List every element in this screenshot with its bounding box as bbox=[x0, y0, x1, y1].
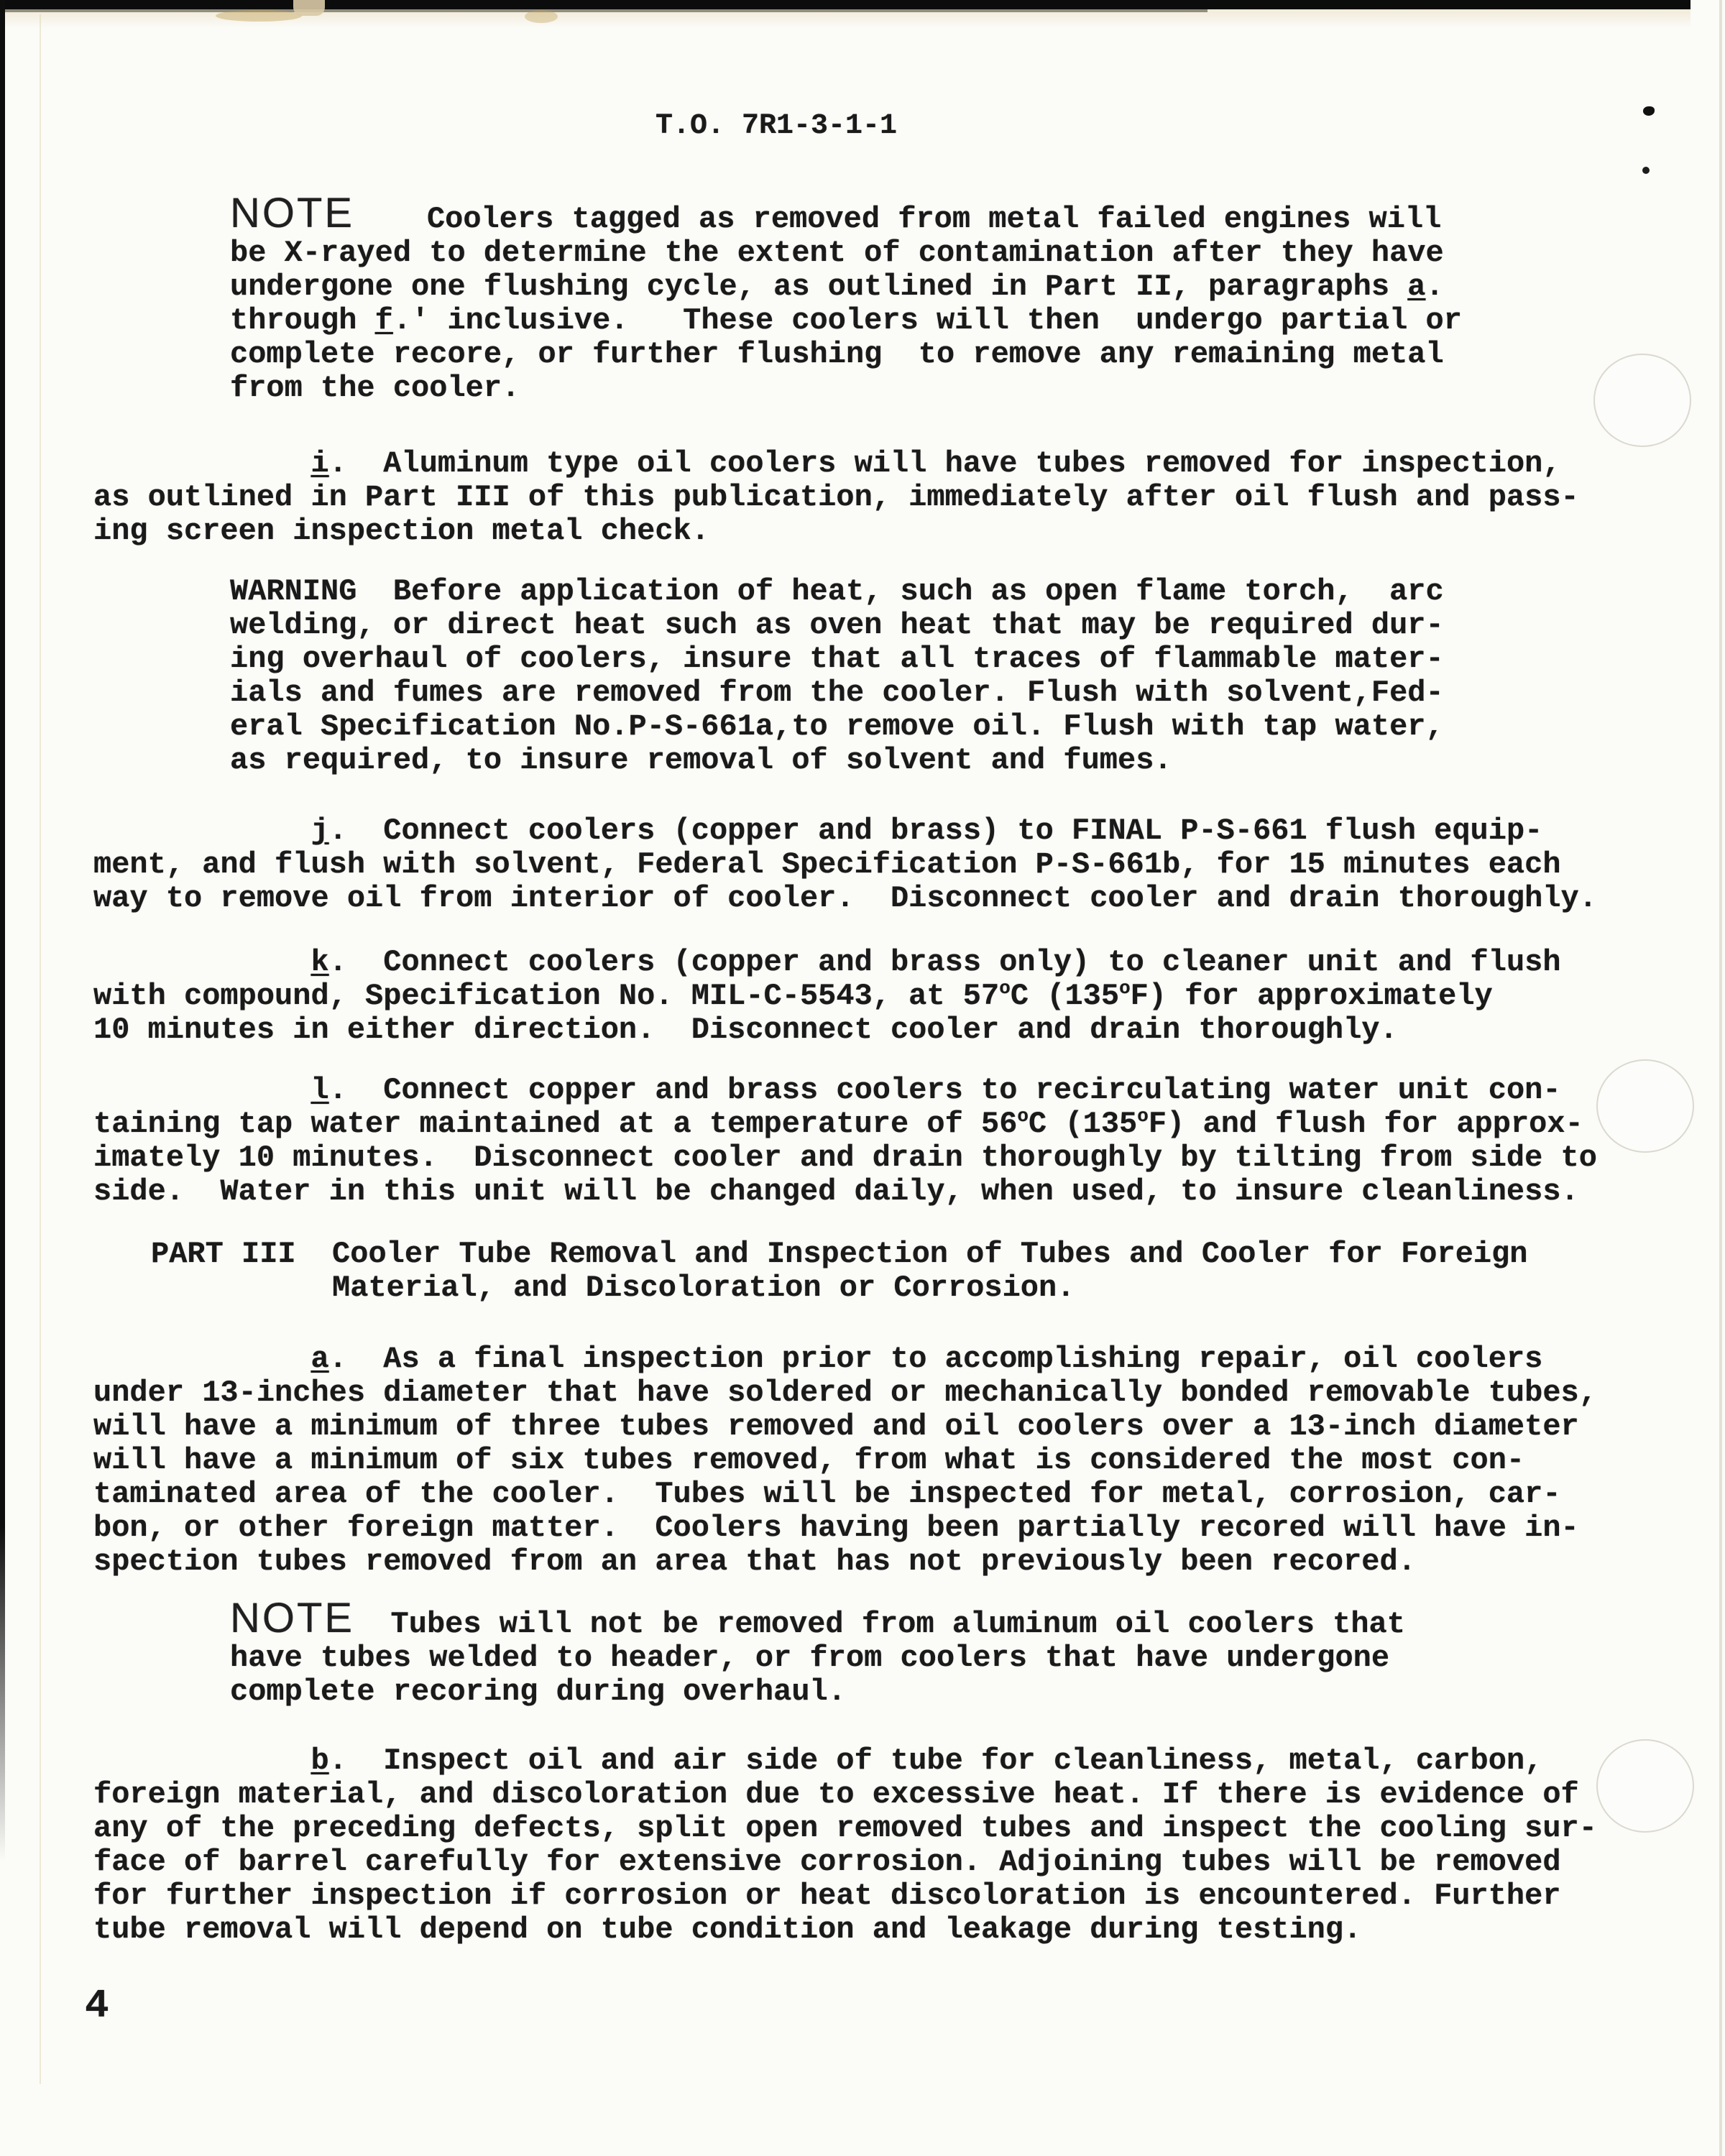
note-block-2: NOTE Tubes will not be removed from alum… bbox=[230, 1608, 1405, 1709]
hole-punch-mark bbox=[1593, 354, 1691, 447]
scan-edge-left bbox=[0, 0, 5, 1861]
paragraph-b: b. Inspect oil and air side of tube for … bbox=[93, 1744, 1597, 1947]
warning-block: WARNING Before application of heat, such… bbox=[230, 575, 1444, 778]
to-number-header: T.O. 7R1-3-1-1 bbox=[0, 109, 1552, 143]
paragraph-i: i. Aluminum type oil coolers will have t… bbox=[93, 447, 1579, 548]
ink-dot bbox=[1642, 167, 1650, 174]
paper-stain bbox=[216, 10, 302, 22]
scan-edge-top bbox=[0, 0, 1690, 9]
ink-dot bbox=[1643, 106, 1655, 116]
paragraph-j: j. Connect coolers (copper and brass) to… bbox=[93, 814, 1597, 916]
paper-tear bbox=[293, 0, 325, 16]
part-iii-heading: PART III Cooler Tube Removal and Inspect… bbox=[151, 1238, 1528, 1305]
paper-fold-line bbox=[40, 14, 41, 2084]
paper-edge-right bbox=[1719, 0, 1722, 2156]
document-page: T.O. 7R1-3-1-1 NOTE Coolers tagged as re… bbox=[0, 0, 1725, 2156]
hole-punch-mark bbox=[1596, 1059, 1694, 1153]
note-block-1: NOTE Coolers tagged as removed from meta… bbox=[230, 203, 1462, 405]
paragraph-a: a. As a final inspection prior to accomp… bbox=[93, 1342, 1597, 1579]
paper-stain bbox=[525, 10, 558, 23]
paragraph-l: l. Connect copper and brass coolers to r… bbox=[93, 1074, 1597, 1209]
hole-punch-mark bbox=[1596, 1739, 1694, 1833]
paragraph-k: k. Connect coolers (copper and brass onl… bbox=[93, 946, 1561, 1047]
page-number: 4 bbox=[85, 1989, 109, 2023]
